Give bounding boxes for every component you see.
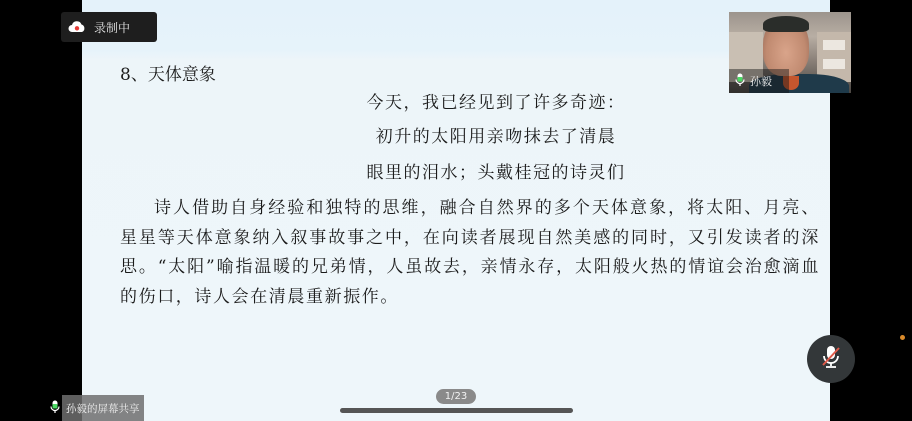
mic-active-icon bbox=[735, 72, 745, 91]
poem-line-2: 初升的太阳用亲吻抹去了清晨 bbox=[82, 122, 830, 147]
status-indicator-dot bbox=[900, 335, 905, 340]
screen-share-label: 孙毅的屏幕共享 bbox=[50, 395, 144, 421]
screen-share-name-box: 孙毅的屏幕共享 bbox=[62, 395, 144, 421]
screen-share-text: 孙毅的屏幕共享 bbox=[66, 401, 140, 416]
books bbox=[823, 40, 845, 50]
mic-active-icon bbox=[50, 399, 60, 418]
participant-video-tile[interactable]: 孙毅 bbox=[729, 12, 851, 93]
horizontal-scrollbar[interactable] bbox=[340, 408, 573, 413]
poem-line-1: 今天，我已经见到了许多奇迹： bbox=[82, 88, 830, 113]
slide-title: 8、天体意象 bbox=[120, 60, 216, 85]
cloud-record-icon bbox=[68, 21, 86, 33]
books bbox=[823, 59, 845, 69]
participant-name: 孙毅 bbox=[750, 73, 772, 89]
shared-slide: 8、天体意象 今天，我已经见到了许多奇迹： 初升的太阳用亲吻抹去了清晨 眼里的泪… bbox=[82, 0, 830, 421]
recording-label: 录制中 bbox=[94, 19, 130, 36]
page-indicator: 1/23 bbox=[436, 389, 476, 404]
mic-muted-icon bbox=[820, 345, 842, 373]
participant-name-bar: 孙毅 bbox=[729, 69, 789, 93]
recording-badge[interactable]: 录制中 bbox=[61, 12, 157, 42]
mute-toggle-button[interactable] bbox=[807, 335, 855, 383]
poem-line-3: 眼里的泪水；头戴桂冠的诗灵们 bbox=[82, 158, 830, 183]
slide-paragraph: 诗人借助自身经验和独特的思维，融合自然界的多个天体意象，将太阳、月亮、星星等天体… bbox=[120, 194, 820, 312]
participant-hair bbox=[763, 16, 809, 32]
